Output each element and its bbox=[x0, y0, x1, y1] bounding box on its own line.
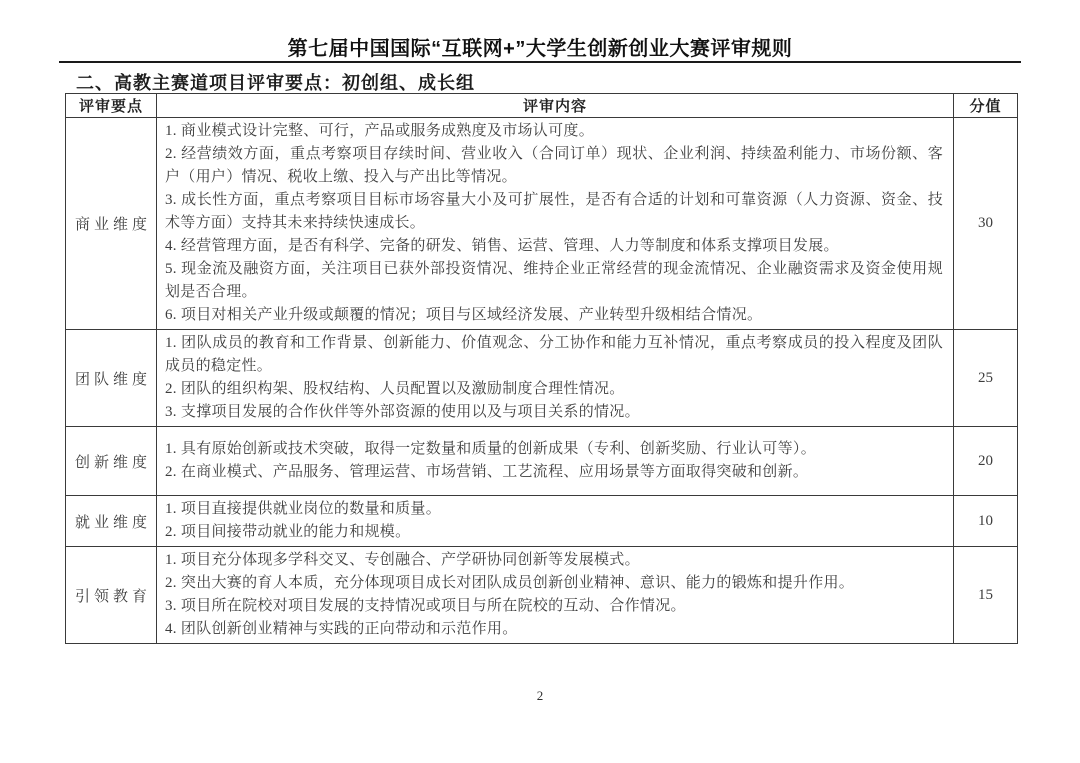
score-cell: 20 bbox=[954, 427, 1018, 496]
score-cell: 30 bbox=[954, 118, 1018, 330]
criteria-item: 2. 经营绩效方面，重点考察项目存续时间、营业收入（合同订单）现状、企业利润、持… bbox=[165, 143, 943, 189]
criteria-item: 3. 项目所在院校对项目发展的支持情况或项目与所在院校的互动、合作情况。 bbox=[165, 595, 943, 618]
criteria-item: 4. 经营管理方面，是否有科学、完备的研发、销售、运营、管理、人力等制度和体系支… bbox=[165, 235, 943, 258]
col-header-content: 评审内容 bbox=[157, 94, 954, 118]
dimension-cell: 商业维度 bbox=[66, 118, 157, 330]
table-row-business: 商业维度 1. 商业模式设计完整、可行，产品或服务成熟度及市场认可度。 2. 经… bbox=[66, 118, 1018, 330]
criteria-item: 2. 在商业模式、产品服务、管理运营、市场营销、工艺流程、应用场景等方面取得突破… bbox=[165, 461, 943, 484]
criteria-item: 1. 商业模式设计完整、可行，产品或服务成熟度及市场认可度。 bbox=[165, 120, 943, 143]
table-header-row: 评审要点 评审内容 分值 bbox=[66, 94, 1018, 118]
dimension-cell: 就业维度 bbox=[66, 496, 157, 547]
criteria-item: 2. 突出大赛的育人本质，充分体现项目成长对团队成员创新创业精神、意识、能力的锻… bbox=[165, 572, 943, 595]
criteria-item: 1. 团队成员的教育和工作背景、创新能力、价值观念、分工协作和能力互补情况，重点… bbox=[165, 332, 943, 378]
content-cell: 1. 项目充分体现多学科交叉、专创融合、产学研协同创新等发展模式。 2. 突出大… bbox=[157, 547, 954, 644]
page-number: 2 bbox=[0, 688, 1080, 704]
criteria-item: 6. 项目对相关产业升级或颠覆的情况；项目与区域经济发展、产业转型升级相结合情况… bbox=[165, 304, 943, 327]
dimension-cell: 引领教育 bbox=[66, 547, 157, 644]
score-cell: 15 bbox=[954, 547, 1018, 644]
section-heading: 二、高教主赛道项目评审要点：初创组、成长组 bbox=[76, 69, 475, 95]
col-header-dimension: 评审要点 bbox=[66, 94, 157, 118]
title-divider bbox=[59, 61, 1021, 63]
table-row-team: 团队维度 1. 团队成员的教育和工作背景、创新能力、价值观念、分工协作和能力互补… bbox=[66, 330, 1018, 427]
score-cell: 25 bbox=[954, 330, 1018, 427]
criteria-item: 3. 成长性方面，重点考察项目目标市场容量大小及可扩展性，是否有合适的计划和可靠… bbox=[165, 189, 943, 235]
table-row-employment: 就业维度 1. 项目直接提供就业岗位的数量和质量。 2. 项目间接带动就业的能力… bbox=[66, 496, 1018, 547]
criteria-item: 1. 具有原始创新或技术突破，取得一定数量和质量的创新成果（专利、创新奖励、行业… bbox=[165, 438, 943, 461]
rubric-table: 评审要点 评审内容 分值 商业维度 1. 商业模式设计完整、可行，产品或服务成熟… bbox=[65, 93, 1018, 644]
criteria-item: 1. 项目充分体现多学科交叉、专创融合、产学研协同创新等发展模式。 bbox=[165, 549, 943, 572]
dimension-cell: 团队维度 bbox=[66, 330, 157, 427]
criteria-item: 1. 项目直接提供就业岗位的数量和质量。 bbox=[165, 498, 943, 521]
table-row-innovation: 创新维度 1. 具有原始创新或技术突破，取得一定数量和质量的创新成果（专利、创新… bbox=[66, 427, 1018, 496]
criteria-item: 5. 现金流及融资方面，关注项目已获外部投资情况、维持企业正常经营的现金流情况、… bbox=[165, 258, 943, 304]
dimension-cell: 创新维度 bbox=[66, 427, 157, 496]
criteria-item: 2. 团队的组织构架、股权结构、人员配置以及激励制度合理性情况。 bbox=[165, 378, 943, 401]
col-header-score: 分值 bbox=[954, 94, 1018, 118]
criteria-item: 2. 项目间接带动就业的能力和规模。 bbox=[165, 521, 943, 544]
content-cell: 1. 团队成员的教育和工作背景、创新能力、价值观念、分工协作和能力互补情况，重点… bbox=[157, 330, 954, 427]
content-cell: 1. 商业模式设计完整、可行，产品或服务成熟度及市场认可度。 2. 经营绩效方面… bbox=[157, 118, 954, 330]
criteria-item: 4. 团队创新创业精神与实践的正向带动和示范作用。 bbox=[165, 618, 943, 641]
content-cell: 1. 具有原始创新或技术突破，取得一定数量和质量的创新成果（专利、创新奖励、行业… bbox=[157, 427, 954, 496]
score-cell: 10 bbox=[954, 496, 1018, 547]
criteria-item: 3. 支撑项目发展的合作伙伴等外部资源的使用以及与项目关系的情况。 bbox=[165, 401, 943, 424]
document-page: 第七届中国国际“互联网+”大学生创新创业大赛评审规则 二、高教主赛道项目评审要点… bbox=[0, 0, 1080, 763]
content-cell: 1. 项目直接提供就业岗位的数量和质量。 2. 项目间接带动就业的能力和规模。 bbox=[157, 496, 954, 547]
table-row-education: 引领教育 1. 项目充分体现多学科交叉、专创融合、产学研协同创新等发展模式。 2… bbox=[66, 547, 1018, 644]
page-title: 第七届中国国际“互联网+”大学生创新创业大赛评审规则 bbox=[0, 32, 1080, 61]
